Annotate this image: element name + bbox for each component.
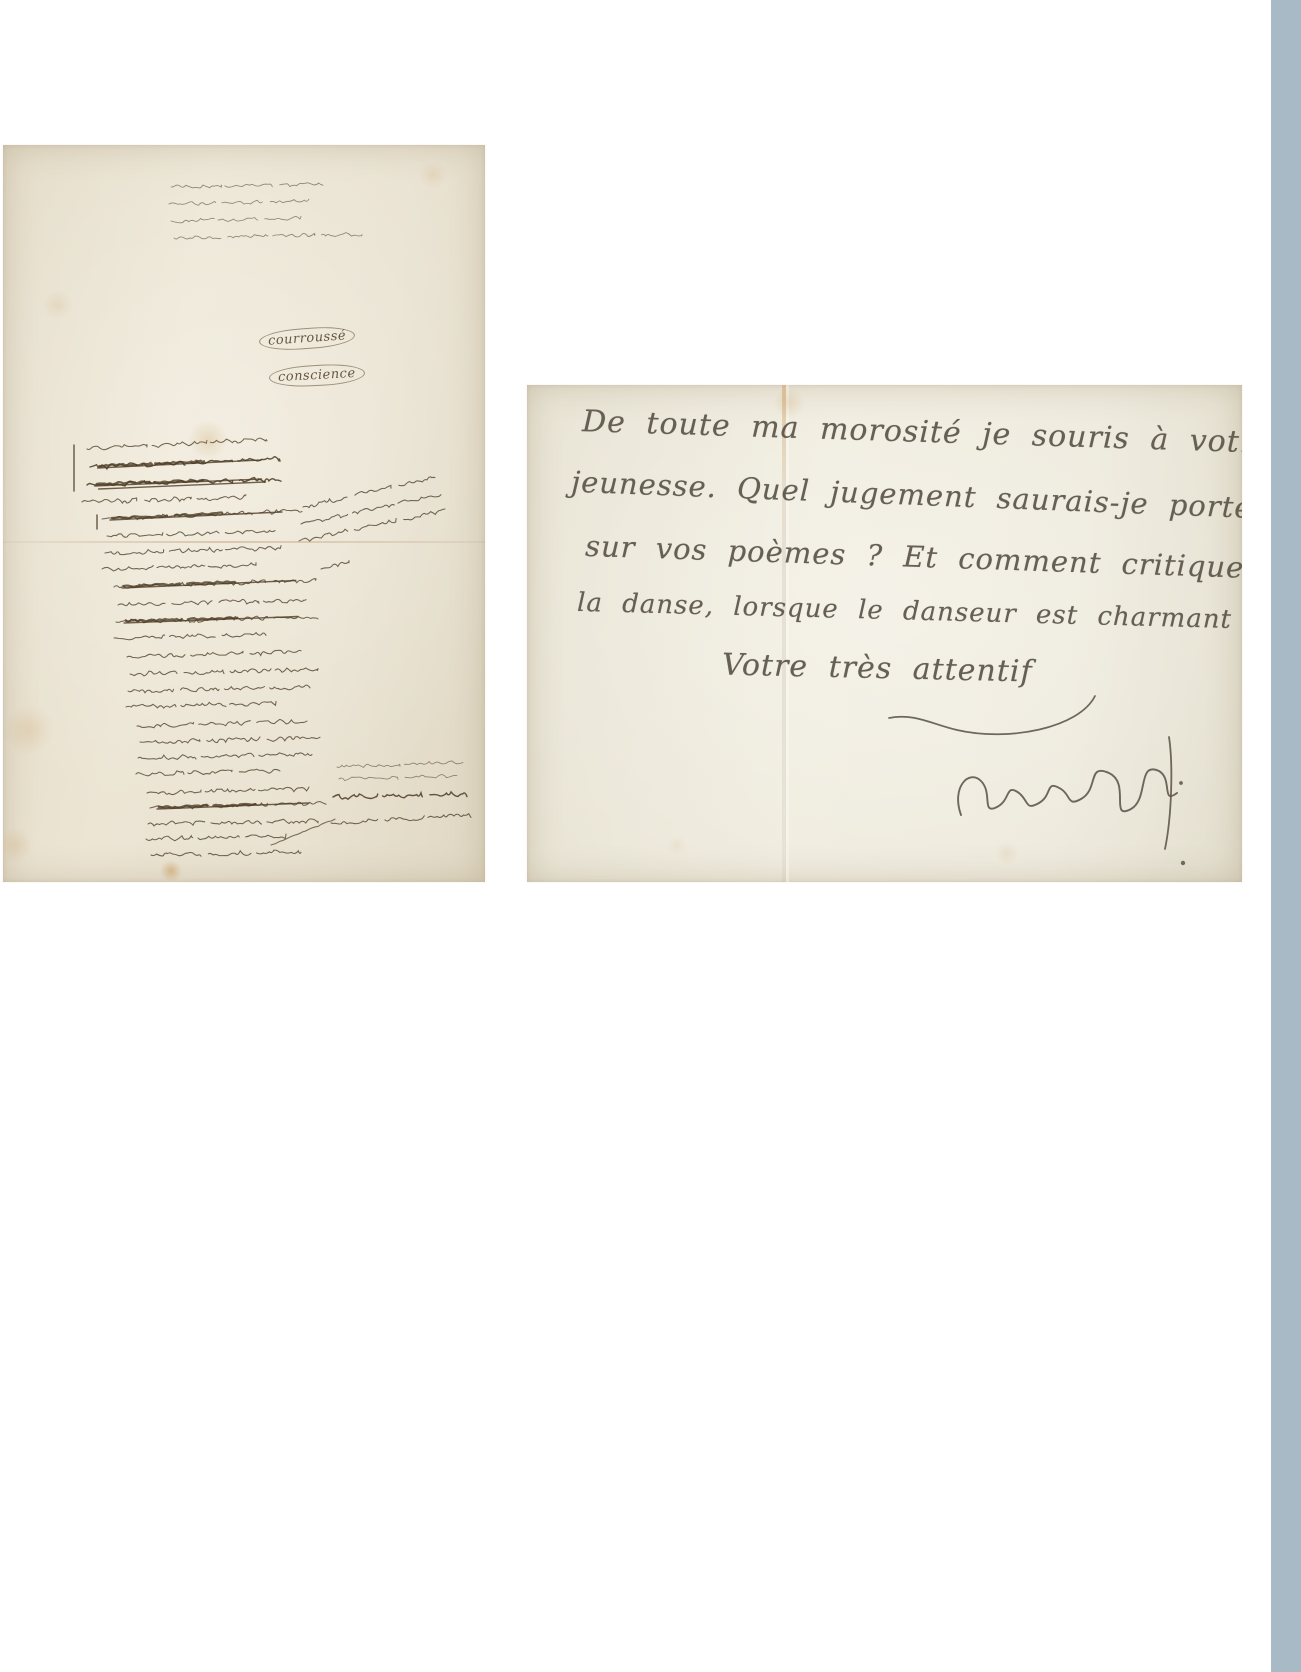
manuscript-scan-left: courroussé conscience [3, 145, 485, 882]
scrawl-line [299, 509, 445, 541]
foxing-stain [667, 835, 687, 855]
scrawl-line [126, 701, 276, 708]
scrawl-line [333, 792, 467, 799]
scrawl-line [271, 819, 335, 845]
handwriting-scrawl [3, 145, 485, 882]
blue-accent-bar [1271, 0, 1301, 1672]
scrawl-line [136, 769, 280, 776]
scrawl-line [337, 761, 463, 767]
scrawl-line [148, 819, 318, 826]
scrawl-line [331, 814, 471, 824]
scrawl-line [87, 438, 267, 450]
scrawl-line [146, 834, 286, 841]
scrawl-line [130, 668, 318, 676]
scrawl-line [339, 775, 457, 781]
fold-crease-vertical [782, 385, 786, 882]
scrawl-line [303, 477, 435, 508]
signature-andre-gide [947, 723, 1187, 878]
scrawl-line [107, 530, 275, 537]
scrawl-line [82, 495, 246, 503]
catalog-page: courroussé conscience De toute ma morosi… [0, 0, 1301, 1672]
scrawl-line [118, 599, 306, 605]
letter-line: sur vos poèmes ? Et comment critiquer [585, 529, 1242, 585]
scrawl-line [147, 787, 309, 794]
scrawl-line [140, 737, 320, 744]
letter-line: la danse, lorsque le danseur est charman… [577, 588, 1242, 636]
scrawl-line [102, 563, 256, 571]
scrawl-line [138, 753, 312, 760]
scrawl-line [169, 199, 309, 205]
scrawl-line [128, 685, 310, 693]
scrawl-line [174, 233, 362, 239]
letter-line: De toute ma morosité je souris à votre [582, 404, 1242, 461]
scrawl-line [114, 633, 266, 640]
scrawl-line [321, 561, 349, 569]
scrawl-line [105, 546, 281, 555]
scrawl-line [171, 183, 323, 188]
letter-line: jeunesse. Quel jugement saurais-je porte… [571, 465, 1242, 526]
letter-line: Votre très attentif [722, 647, 1033, 689]
scrawl-line [102, 510, 302, 520]
scrawl-line [151, 850, 301, 856]
scrawl-line [171, 216, 301, 223]
scrawl-line [137, 719, 307, 727]
scrawl-line [127, 650, 301, 658]
scrawl-line [301, 495, 441, 524]
manuscript-scan-right: De toute ma morosité je souris à votre j… [527, 385, 1242, 882]
